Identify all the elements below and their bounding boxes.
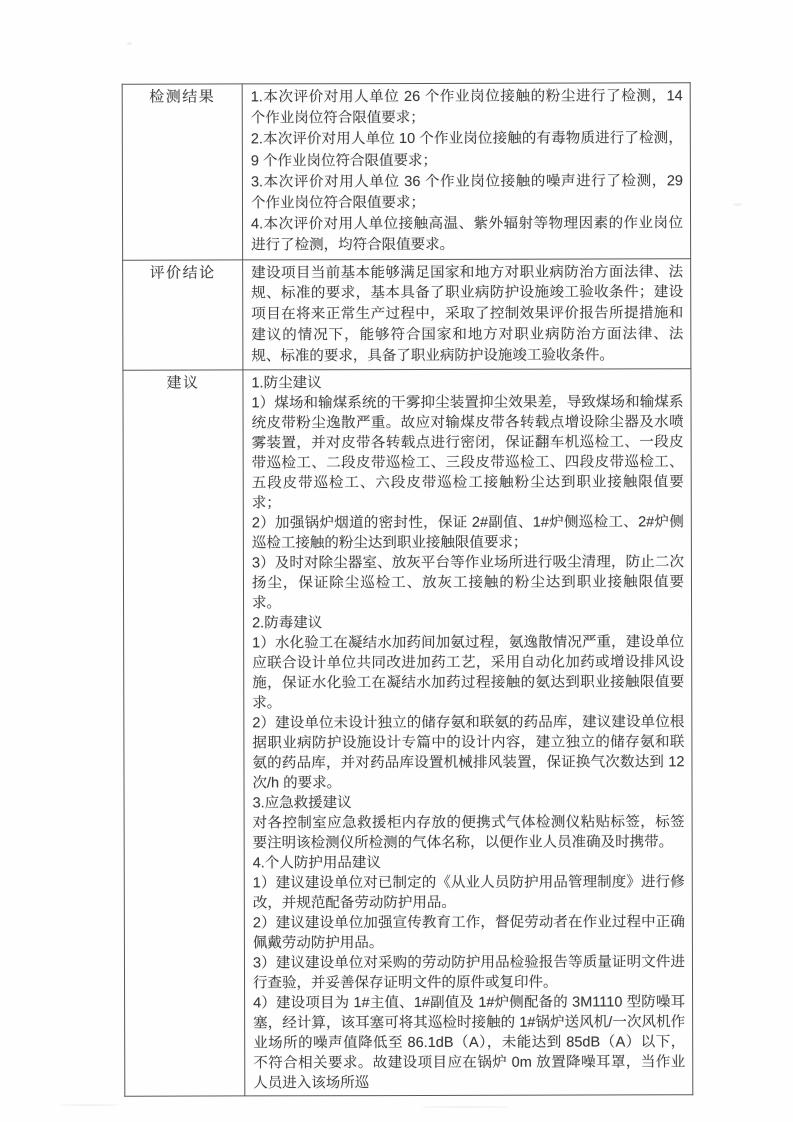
paragraph: 3.本次评价对用人单位 36 个作业岗位接触的噪声进行了检测，29 个作业岗位符… — [251, 171, 683, 215]
paragraph: 2）建设单位未设计独立的储存氨和联氨的药品库，建议建设单位根据职业病防护设施设计… — [252, 712, 684, 793]
cell-detection-results: 1.本次评价对用人单位 26 个作业岗位接触的粉尘进行了检测，14 个作业岗位符… — [242, 83, 690, 260]
scan-artifact — [60, 1104, 120, 1106]
paragraph: 2.本次评价对用人单位 10 个作业岗位接触的有毒物质进行了检测，9 个作业岗位… — [251, 129, 683, 173]
paragraph: 2）加强锅炉烟道的密封性，保证 2#副值、1#炉侧巡检工、2#炉侧巡检工接触的粉… — [252, 512, 684, 553]
paragraph: 1）煤场和输煤系统的干雾抑尘装置抑尘效果差，导致煤场和输煤系统皮带粉尘逸散严重。… — [251, 392, 683, 513]
row-header-detection-results: 检测结果 — [122, 84, 242, 260]
paragraph: 4）建设项目为 1#主值、1#副值及 1#炉侧配备的 3M1110 型防噪耳塞，… — [253, 992, 685, 1093]
section-heading: 2.防毒建议 — [252, 612, 684, 633]
table-row-recommendations: 建议 1.防尘建议 1）煤场和输煤系统的干雾抑尘装置抑尘效果差，导致煤场和输煤系… — [123, 368, 693, 1095]
section-heading: 1.防尘建议 — [251, 372, 683, 393]
paragraph: 1）建议建设单位对已制定的《从业人员防护用品管理制度》进行修改，并规范配备劳动防… — [253, 872, 685, 913]
evaluation-report-table: 检测结果 1.本次评价对用人单位 26 个作业岗位接触的粉尘进行了检测，14 个… — [122, 82, 694, 1096]
paragraph: 2）建议建设单位加强宣传教育工作，督促劳动者在作业过程中正确佩戴劳动防护用品。 — [253, 912, 685, 953]
scanned-document-page: 检测结果 1.本次评价对用人单位 26 个作业岗位接触的粉尘进行了检测，14 个… — [0, 0, 793, 1122]
section-heading: 3.应急救援建议 — [253, 792, 685, 813]
paragraph: 对各控制室应急救援柜内存放的便携式气体检测仪粘贴标签，标签要注明该检测仪所检测的… — [253, 812, 685, 853]
scan-artifact — [127, 42, 132, 45]
table-row-evaluation-conclusion: 评价结论 建设项目当前基本能够满足国家和地方对职业病防治方面法律、法规、标准的要… — [123, 258, 691, 369]
paragraph: 4.本次评价对用人单位接触高温、紫外辐射等物理因素的作业岗位进行了检测，均符合限… — [251, 213, 683, 257]
row-header-evaluation-conclusion: 评价结论 — [123, 260, 243, 370]
row-header-recommendations: 建议 — [123, 370, 245, 1096]
scan-artifact — [420, 1106, 510, 1108]
table-row-detection-results: 检测结果 1.本次评价对用人单位 26 个作业岗位接触的粉尘进行了检测，14 个… — [122, 83, 690, 260]
paragraph: 1.本次评价对用人单位 26 个作业岗位接触的粉尘进行了检测，14 个作业岗位符… — [251, 86, 683, 130]
paragraph: 3）建议建设单位对采购的劳动防护用品检验报告等质量证明文件进行查验，并妥善保存证… — [253, 952, 685, 993]
cell-recommendations: 1.防尘建议 1）煤场和输煤系统的干雾抑尘装置抑尘效果差，导致煤场和输煤系统皮带… — [243, 368, 693, 1095]
scan-artifact — [733, 203, 743, 206]
cell-evaluation-conclusion: 建设项目当前基本能够满足国家和地方对职业病防治方面法律、法规、标准的要求，基本具… — [243, 258, 691, 369]
paragraph: 1）水化验工在凝结水加药间加氨过程，氨逸散情况严重，建设单位应联合设计单位共同改… — [252, 632, 684, 713]
section-heading: 4.个人防护用品建议 — [253, 852, 685, 873]
paragraph: 建设项目当前基本能够满足国家和地方对职业病防治方面法律、法规、标准的要求，基本具… — [251, 262, 683, 367]
paragraph: 3）及时对除尘器室、放灰平台等作业场所进行吸尘清理，防止二次扬尘，保证除尘巡检工… — [252, 552, 684, 613]
